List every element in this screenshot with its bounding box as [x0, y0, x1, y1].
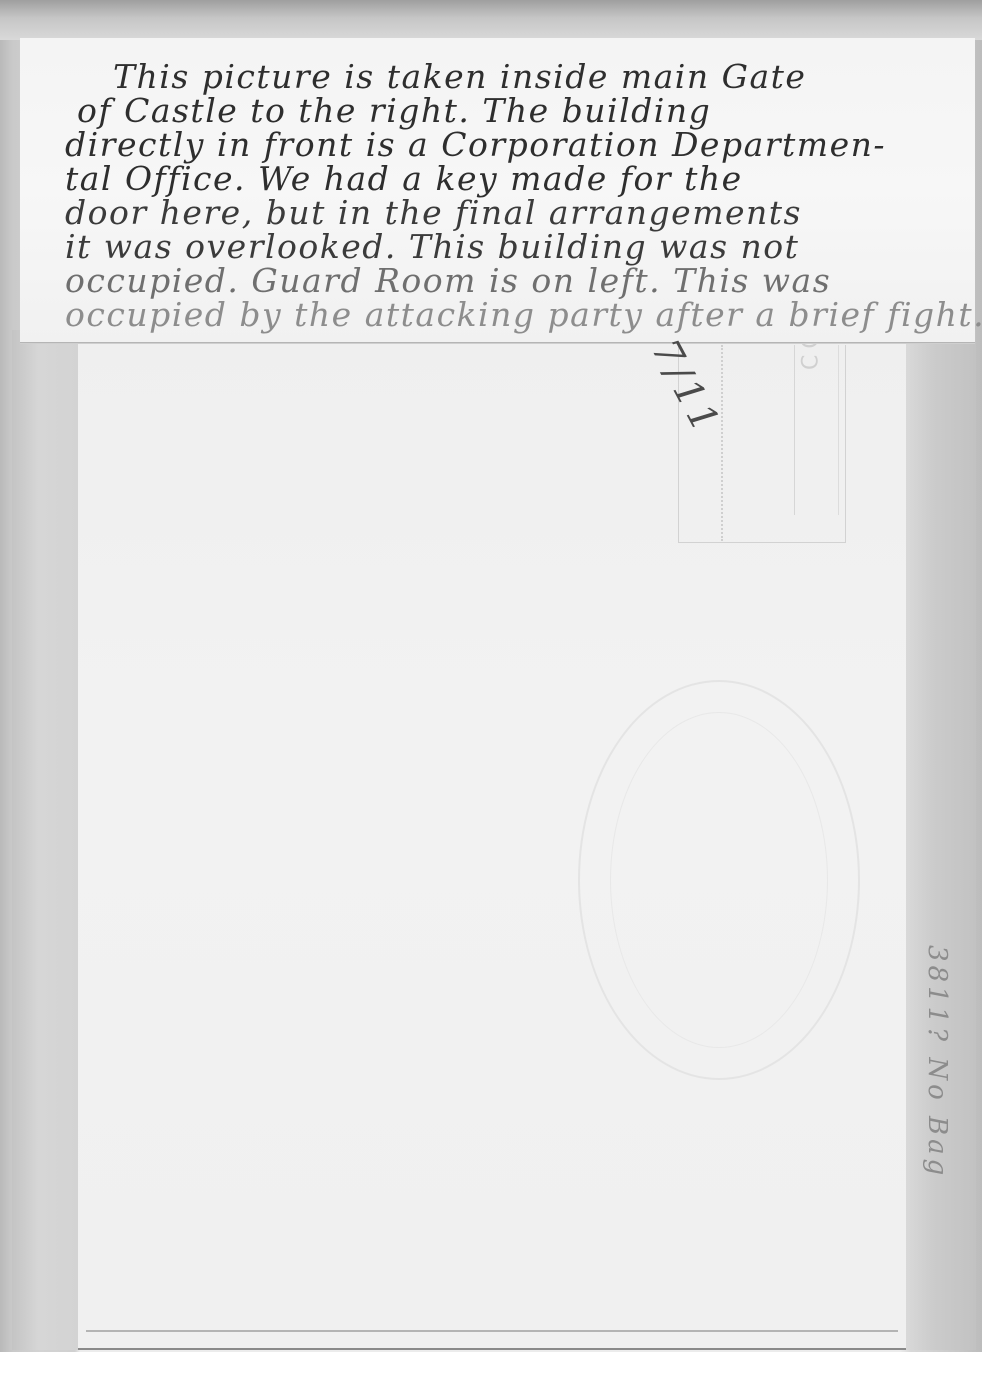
- caption-text-block: This picture is taken inside main Gate o…: [65, 60, 965, 332]
- caption-line-2: of Castle to the right. The building: [65, 94, 965, 128]
- caption-label: This picture is taken inside main Gate o…: [20, 38, 975, 343]
- oval-stamp-bleedthrough: [578, 680, 860, 1080]
- stamp-inner-box: [794, 345, 839, 515]
- caption-line-3: directly in front is a Corporation Depar…: [65, 128, 965, 162]
- sleeve-left-strip: [12, 330, 78, 1350]
- caption-line-7: occupied. Guard Room is on left. This wa…: [65, 264, 965, 298]
- caption-line-5: door here, but in the final arrangements: [65, 196, 965, 230]
- sleeve-right-strip: [906, 330, 976, 1350]
- scan-bottom-margin: [0, 1352, 1000, 1393]
- caption-line-6: it was overlooked. This building was not: [65, 230, 965, 264]
- pencil-margin-note: 3811? No Bag: [922, 945, 952, 1179]
- photo-card-edge: [86, 1330, 898, 1332]
- stamp-dotted-line: [721, 345, 723, 541]
- caption-line-8: occupied by the attacking party after a …: [65, 298, 965, 332]
- sleeve-top-edge: [0, 0, 982, 40]
- caption-line-1: This picture is taken inside main Gate: [65, 60, 965, 94]
- caption-line-4: tal Office. We had a key made for the: [65, 162, 965, 196]
